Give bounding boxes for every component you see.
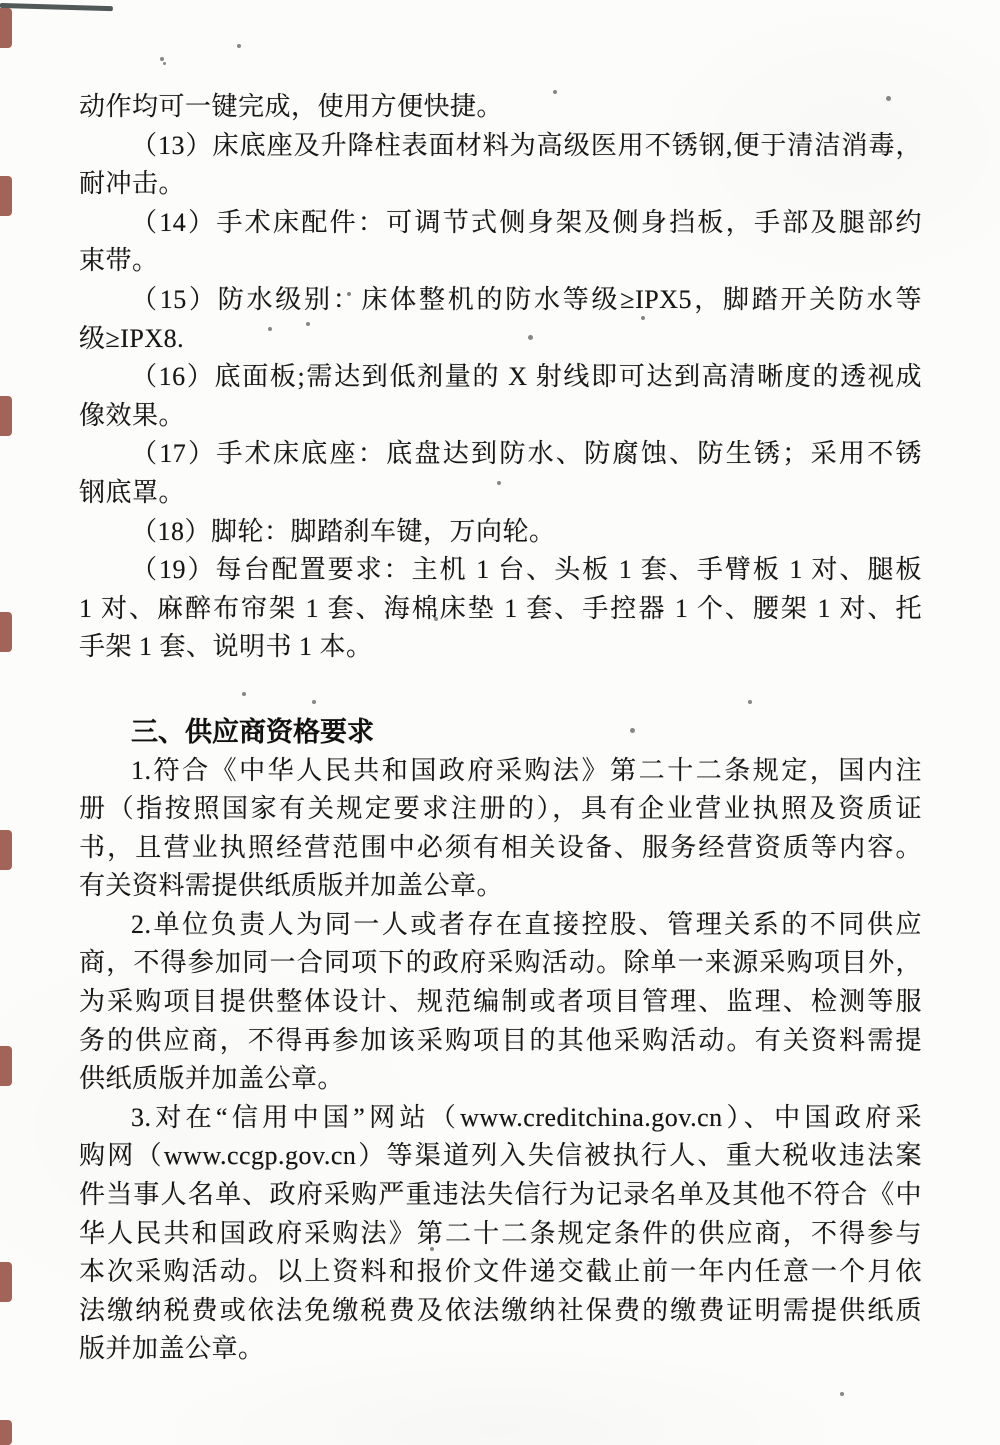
scan-speck xyxy=(170,1068,174,1072)
scan-speck xyxy=(430,1247,434,1251)
scan-edge-artifact xyxy=(0,3,113,11)
scan-speck xyxy=(641,316,645,320)
text-line: 供纸质版并加盖公章。 xyxy=(79,1060,922,1099)
section-heading: 三、供应商资格要求 xyxy=(79,713,922,752)
binding-mark xyxy=(0,612,12,652)
binding-mark xyxy=(0,1420,12,1445)
scan-speck xyxy=(242,692,246,696)
text-line: 2.单位负责人为同一人或者存在直接控股、管理关系的不同供应 xyxy=(79,906,922,945)
text-line: 动作均可一键完成，使用方便快捷。 xyxy=(79,88,922,127)
binding-mark xyxy=(0,8,12,48)
text-line: 像效果。 xyxy=(79,397,922,436)
binding-mark xyxy=(0,1046,12,1086)
binding-mark xyxy=(0,830,12,870)
scan-speck xyxy=(347,292,351,296)
text-line: 3.对在“信用中国”网站（www.creditchina.gov.cn）、中国政… xyxy=(79,1099,922,1138)
scan-speck xyxy=(875,1162,879,1166)
text-line: 级≥IPX8. xyxy=(79,320,922,359)
scan-speck xyxy=(497,481,501,485)
scan-speck xyxy=(434,617,438,621)
binding-mark xyxy=(0,396,12,436)
scan-speck xyxy=(748,700,752,704)
text-line: （14）手术床配件：可调节式侧身架及侧身挡板，手部及腿部约 xyxy=(79,204,922,243)
text-line: 购网（www.ccgp.gov.cn）等渠道列入失信被执行人、重大税收违法案 xyxy=(79,1137,922,1176)
text-line: 册（指按照国家有关规定要求注册的），具有企业营业执照及资质证 xyxy=(79,790,922,829)
scan-speck xyxy=(163,62,166,65)
text-line: 1.符合《中华人民共和国政府采购法》第二十二条规定，国内注 xyxy=(79,752,922,791)
text-line: 钢底罩。 xyxy=(79,474,922,513)
text-line: 务的供应商，不得再参加该采购项目的其他采购活动。有关资料需提 xyxy=(79,1022,922,1061)
scan-speck xyxy=(840,1392,844,1396)
scanned-document-page: 动作均可一键完成，使用方便快捷。（13）床底座及升降柱表面材料为高级医用不锈钢,… xyxy=(0,0,1000,1445)
scan-speck xyxy=(312,700,316,704)
text-line: 有关资料需提供纸质版并加盖公章。 xyxy=(79,867,922,906)
text-line: 手架 1 套、说明书 1 本。 xyxy=(79,628,922,667)
text-line: （19）每台配置要求：主机 1 台、头板 1 套、手臂板 1 对、腿板 xyxy=(79,551,922,590)
text-line: （15）防水级别：床体整机的防水等级≥IPX5，脚踏开关防水等 xyxy=(79,281,922,320)
text-line: 华人民共和国政府采购法》第二十二条规定条件的供应商，不得参与 xyxy=(79,1215,922,1254)
text-line: 件当事人名单、政府采购严重违法失信行为记录名单及其他不符合《中 xyxy=(79,1176,922,1215)
binding-mark xyxy=(0,176,12,216)
paragraph-gap xyxy=(79,667,922,713)
text-line: 法缴纳税费或依法免缴税费及依法缴纳社保费的缴费证明需提供纸质 xyxy=(79,1292,922,1331)
text-line: 商，不得参加同一合同项下的政府采购活动。除单一来源采购项目外， xyxy=(79,944,922,983)
text-line: 束带。 xyxy=(79,242,922,281)
binding-mark xyxy=(0,1262,12,1302)
text-line: 耐冲击。 xyxy=(79,165,922,204)
text-line: （16）底面板;需达到低剂量的 X 射线即可达到高清晰度的透视成 xyxy=(79,358,922,397)
text-line: （13）床底座及升降柱表面材料为高级医用不锈钢,便于清洁消毒， xyxy=(79,127,922,166)
text-line: 版并加盖公章。 xyxy=(79,1330,922,1369)
text-line: 本次采购活动。以上资料和报价文件递交截止前一年内任意一个月依 xyxy=(79,1253,922,1292)
scan-speck xyxy=(160,57,164,61)
text-line: 1 对、麻醉布帘架 1 套、海棉床垫 1 套、手控器 1 个、腰架 1 对、托 xyxy=(79,590,922,629)
text-line: 为采购项目提供整体设计、规范编制或者项目管理、监理、检测等服 xyxy=(79,983,922,1022)
scan-speck xyxy=(237,44,241,48)
scan-speck xyxy=(630,728,635,733)
scan-speck xyxy=(268,327,272,331)
scan-speck xyxy=(553,90,557,94)
scan-speck xyxy=(886,96,891,101)
text-line: （18）脚轮：脚踏刹车键，万向轮。 xyxy=(79,513,922,552)
text-line: （17）手术床底座：底盘达到防水、防腐蚀、防生锈；采用不锈 xyxy=(79,435,922,474)
document-text-block: 动作均可一键完成，使用方便快捷。（13）床底座及升降柱表面材料为高级医用不锈钢,… xyxy=(79,88,922,1369)
scan-speck xyxy=(306,322,310,326)
text-line: 书，且营业执照经营范围中必须有相关设备、服务经营资质等内容。 xyxy=(79,829,922,868)
scan-speck xyxy=(528,335,533,340)
